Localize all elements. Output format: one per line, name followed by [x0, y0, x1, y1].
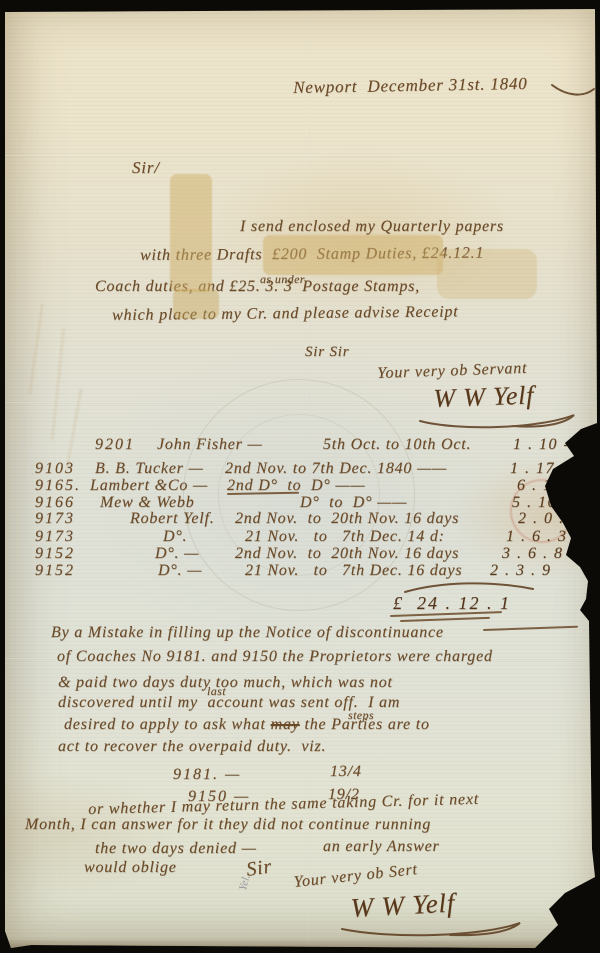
valediction: Your very ob Sert: [293, 862, 419, 891]
duty-amount: 5 . 16 .: [512, 495, 568, 511]
duty-amount: 6 . 11 .: [517, 478, 572, 494]
coach-number: 9173: [35, 529, 75, 545]
total-amount: £ 24 . 12 . 1: [393, 594, 511, 612]
duty-amount: 3 . 6 . 8: [502, 546, 564, 562]
postscript-line: Month, I can answer for it they did not …: [25, 817, 431, 833]
coach-number: 9152: [35, 546, 75, 562]
note-line: of Coaches No 9181. and 9150 the Proprie…: [57, 649, 493, 665]
duty-period: 2nd Nov. to 20th Nov. 16 days: [235, 546, 459, 562]
interlinear-insert: last: [207, 685, 226, 697]
letter-paper: Newport December 31st. 1840 Sir/ I send …: [5, 9, 597, 948]
bleed-through-writing: [29, 304, 44, 393]
note-line-part: desired to apply to ask what: [64, 716, 271, 733]
coach-number: 9165.: [35, 478, 81, 494]
body-line: Sir Sir: [305, 345, 349, 360]
duty-amount: 1 . 10 - 0: [513, 437, 585, 453]
proprietor-name: D°.: [163, 529, 187, 545]
pencil-note: Yel.: [238, 874, 253, 892]
proprietor-name: John Fisher —: [157, 437, 263, 453]
duty-period: 21 Nov. to 7th Dec. 14 d:: [245, 529, 445, 545]
fold-crease: [5, 155, 597, 157]
tape-stain: [173, 289, 219, 319]
signature: W W Yelf: [350, 890, 456, 922]
proprietor-name: Mew & Webb: [100, 495, 195, 511]
note-line: By a Mistake in filling up the Notice of…: [51, 625, 444, 641]
tape-stain: [170, 174, 212, 292]
body-line: I send enclosed my Quarterly papers: [240, 219, 504, 235]
duty-amount: 1 . 17 .: [510, 461, 566, 477]
proprietor-name: Robert Yelf.: [130, 511, 215, 527]
proprietor-name: Lambert &Co —: [90, 478, 208, 494]
interlinear-insert: steps: [348, 709, 374, 721]
proprietor-name: D°. —: [155, 546, 199, 562]
refund-coach-number: 9181. —: [173, 767, 241, 783]
valediction: Your very ob Servant: [377, 361, 528, 382]
proprietor-name: D°. —: [158, 563, 202, 579]
body-line: which place to my Cr. and please advise …: [112, 304, 459, 324]
duty-period: 2nd Nov. to 20th Nov. 16 days: [235, 511, 459, 527]
coach-number: 9201: [95, 437, 135, 453]
coach-number: 9152: [35, 563, 75, 579]
tape-stain: [437, 249, 537, 299]
salutation: Sir/: [132, 159, 160, 176]
coach-number: 9166: [35, 495, 75, 511]
table-row: 9173 Robert Yelf. 2nd Nov. to 20th Nov. …: [5, 511, 597, 529]
bleed-through-writing: [51, 329, 64, 439]
postscript-line: the two days denied —: [95, 841, 257, 857]
proprietor-name: B. B. Tucker —: [95, 461, 204, 477]
refund-amount: 13/4: [330, 764, 362, 780]
note-line: act to recover the overpaid duty. viz.: [58, 739, 326, 755]
tape-stain: [263, 235, 443, 275]
total-underline: [400, 617, 490, 622]
note-line: desired to apply to ask what may the Par…: [64, 717, 430, 733]
duty-period: D° to D° ——: [300, 495, 407, 511]
postscript-line: or whether I may return the same taking …: [88, 792, 479, 818]
coach-number: 9173: [35, 511, 75, 527]
signature-flourish: [418, 411, 578, 433]
pen-flourish: [550, 79, 596, 101]
duty-amount: 2 . 0 . 0: [518, 511, 580, 527]
pen-dash: [483, 626, 578, 631]
coach-number: 9103: [35, 461, 75, 477]
duty-period: 21 Nov. to 7th Dec. 16 days: [245, 563, 462, 579]
duty-amount: 1 . 6 . 3: [506, 529, 568, 545]
duty-period: 2nd Nov. to 7th Dec. 1840 ——: [225, 461, 447, 477]
table-row: 9201 John Fisher — 5th Oct. to 10th Oct.…: [5, 437, 597, 455]
signature: W W Yelf: [433, 382, 535, 412]
duty-period: 5th Oct. to 10th Oct.: [323, 437, 471, 453]
postscript-line: an early Answer: [323, 839, 440, 855]
date-line: Newport December 31st. 1840: [293, 75, 528, 96]
duty-amount: 2 . 3 . 9: [490, 563, 552, 579]
torn-bottom-edge: [5, 938, 597, 948]
struck-word: may: [271, 716, 300, 733]
body-line: Coach duties, and £25. 3. 3 Postage Stam…: [95, 279, 420, 295]
postscript-line: would oblige: [84, 860, 177, 876]
